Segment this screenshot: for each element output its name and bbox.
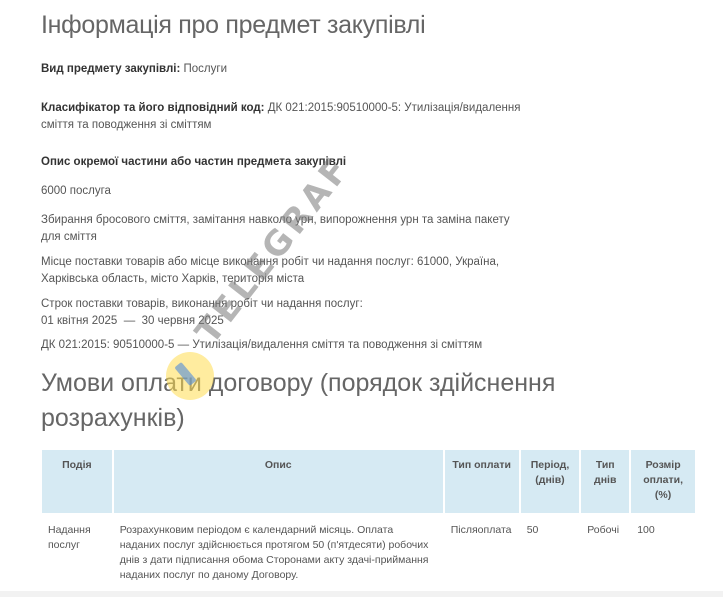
quantity: 6000 послуга [41,183,541,200]
table-header-row: Подія Опис Тип оплати Період, (днів) Тип… [42,450,695,513]
item-description: Збирання бросового сміття, замітання нав… [41,212,561,246]
procurement-page: Інформація про предмет закупівлі Вид пре… [0,0,723,597]
cell-payment-percent: 100 [631,513,695,583]
procurement-type-label: Вид предмету закупівлі: [41,63,180,75]
header-event: Подія [42,450,112,513]
payment-terms-table: Подія Опис Тип оплати Період, (днів) Тип… [40,450,697,583]
header-period-days: Період, (днів) [521,450,580,513]
item-description-line2: для сміття [41,231,97,243]
header-day-type: Тип днів [581,450,629,513]
delivery-period-value: 01 квітня 2025 — 30 червня 2025 [41,315,224,327]
bottom-strip [0,591,723,597]
header-payment-percent: Розмір оплати, (%) [631,450,695,513]
cell-event: Надання послуг [42,513,112,583]
classifier-value-line1: ДК 021:2015:90510000-5: Утилізація/видал… [268,102,521,114]
cell-period-days: 50 [521,513,580,583]
payment-terms-title: Умови оплати договору (порядок здійсненн… [41,366,641,436]
cell-payment-type: Післяоплата [445,513,519,583]
classifier-value-line2: сміття та поводження зі сміттям [41,119,211,131]
classifier-label: Класифікатор та його відповідний код: [41,102,264,114]
header-description: Опис [114,450,443,513]
delivery-place: Місце поставки товарів або місце виконан… [41,254,561,288]
delivery-period: Строк поставки товарів, виконання робіт … [41,296,541,330]
procurement-type-value: Послуги [184,63,228,75]
delivery-place-line2: Харківська область, місто Харків, терито… [41,273,304,285]
item-description-line1: Збирання бросового сміття, замітання нав… [41,214,510,226]
page-title: Інформація про предмет закупівлі [41,11,425,40]
cpv-code: ДК 021:2015: 90510000-5 — Утилізація/вид… [41,337,561,354]
delivery-period-label: Строк поставки товарів, виконання робіт … [41,298,363,310]
part-description-heading: Опис окремої частини або частин предмета… [41,154,541,171]
cell-description: Розрахунковим періодом є календарний міс… [114,513,443,583]
header-payment-type: Тип оплати [445,450,519,513]
delivery-place-line1: Місце поставки товарів або місце виконан… [41,256,499,268]
classifier: Класифікатор та його відповідний код: ДК… [41,100,561,134]
cell-day-type: Робочі [581,513,629,583]
procurement-type: Вид предмету закупівлі: Послуги [41,61,541,78]
table-row: Надання послуг Розрахунковим періодом є … [42,513,695,583]
